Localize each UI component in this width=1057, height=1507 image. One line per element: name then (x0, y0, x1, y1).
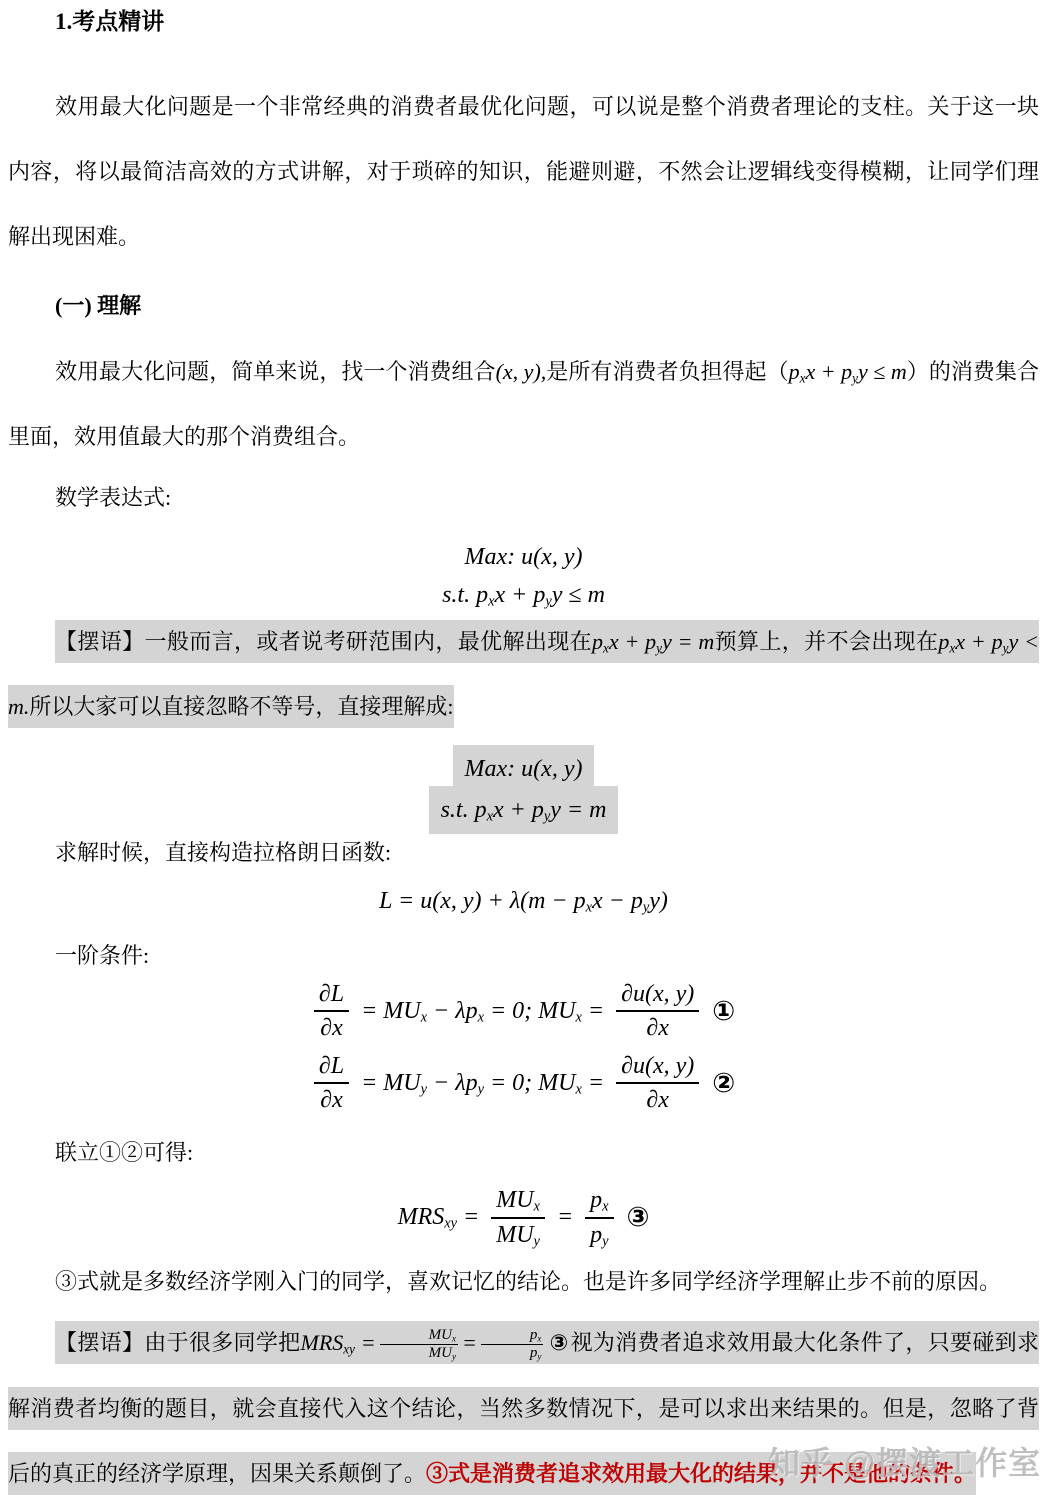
lagrangian-intro-label: 求解时候，直接构造拉格朗日函数: (8, 833, 1039, 873)
subsection-heading: (一) 理解 (8, 286, 1039, 326)
first-order-condition-label: 一阶条件: (8, 936, 1039, 976)
document-page: { "colors": { "text": "#000000", "highli… (0, 0, 1057, 1507)
foc-equation-1: ∂L∂x= MUx − λpx = 0; MUx =∂u(x, y)∂x① (8, 975, 1039, 1047)
intro-paragraph: 效用最大化问题是一个非常经典的消费者最优化问题，可以说是整个消费者理论的支柱。关… (8, 74, 1039, 269)
constraint-equation-highlighted-text: s.t. pxx + pyy = m (429, 786, 619, 834)
definition-paragraph: 效用最大化问题，简单来说，找一个消费组合(x, y),是所有消费者负担得起（px… (8, 339, 1039, 469)
note-highlight-1-text: 【摆语】一般而言，或者说考研范围内，最优解出现在pxx + pyy = m预算上… (8, 620, 1039, 728)
objective-equation: Max: u(x, y) (8, 538, 1039, 576)
foc-equation-2: ∂L∂x= MUy − λpy = 0; MUx =∂u(x, y)∂x② (8, 1047, 1039, 1119)
section-title: 1.考点精讲 (8, 2, 1039, 42)
zhihu-watermark: 知乎 @摆渡工作室 (768, 1438, 1041, 1484)
constraint-equation-highlighted: s.t. pxx + pyy = m (8, 786, 1039, 834)
combine-label: 联立①②可得: (8, 1133, 1039, 1173)
note-highlight-1: 【摆语】一般而言，或者说考研范围内，最优解出现在pxx + pyy = m预算上… (8, 609, 1039, 739)
lagrangian-equation: L = u(x, y) + λ(m − pxx − pyy) (8, 882, 1039, 920)
mrs-equation: MRSxy =MUxMUy=pxpy③ (8, 1180, 1039, 1255)
conclusion-paragraph: ③式就是多数经济学刚入门的同学，喜欢记忆的结论。也是许多同学经济学理解止步不前的… (8, 1249, 1039, 1314)
math-expression-label: 数学表达式: (8, 478, 1039, 518)
